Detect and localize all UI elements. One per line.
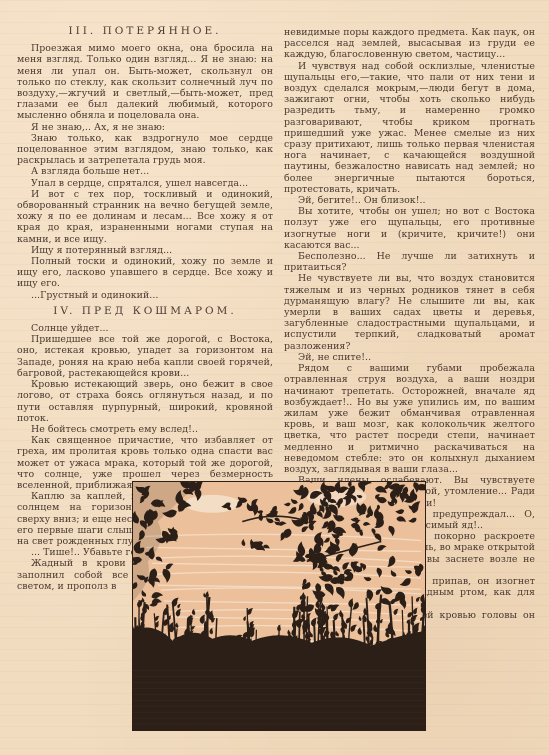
- paragraph: Не чувствуете ли вы, что воздух становит…: [284, 273, 535, 351]
- paragraph: А взгляда больше нет...: [17, 166, 273, 177]
- foliage-silhouette-image: [133, 482, 425, 730]
- section-3-heading: III. ПОТЕРЯННОЕ.: [17, 26, 273, 37]
- paragraph: Вы хотите, чтобы он ушел; но вот с Восто…: [284, 206, 535, 251]
- paragraph: Эй, бегите!.. Он близок!..: [284, 195, 535, 206]
- paragraph: Эй, не спите!..: [284, 352, 535, 363]
- woodcut-illustration: [132, 481, 426, 731]
- paragraph: Бесполезно... Не лучше ли затихнуть и пр…: [284, 251, 535, 273]
- paragraph: Я не знаю,.. Ах, я не знаю:: [17, 122, 273, 133]
- section-4-heading: IV. ПРЕД КОШМАРОМ.: [17, 306, 273, 317]
- paragraph: Полный тоски и одинокий, хожу по земле и…: [17, 256, 273, 290]
- paragraph: Знаю только, как вздрогнуло мое сердце п…: [17, 133, 273, 167]
- paragraph: И чувствуя над собой осклизлые, членисты…: [284, 61, 535, 195]
- paragraph: Солнце уйдет...: [17, 323, 273, 334]
- paragraph: Кровью истекающий зверь, оно бежит в сво…: [17, 379, 273, 424]
- paragraph: Рядом с вашими губами пробежала отравлен…: [284, 363, 535, 475]
- paragraph: Упал в сердце, спрятался, ушел навсегда.…: [17, 178, 273, 189]
- continued-paragraph: невидимые поры каждого предмета. Как пау…: [284, 27, 535, 61]
- paragraph: Проезжая мимо моего окна, она бросила на…: [17, 43, 273, 121]
- paragraph: Пришедшее все той же дорогой, с Востока,…: [17, 334, 273, 379]
- paragraph: Не бойтесь смотреть ему вслед!..: [17, 424, 273, 435]
- paragraph: ...Грустный и одинокий...: [17, 290, 273, 301]
- paragraph: Ищу я потерянный взгляд...: [17, 245, 273, 256]
- paragraph: И вот с тех пор, тоскливый и одинокий, о…: [17, 189, 273, 245]
- section-3-body: Проезжая мимо моего окна, она бросила на…: [17, 43, 273, 301]
